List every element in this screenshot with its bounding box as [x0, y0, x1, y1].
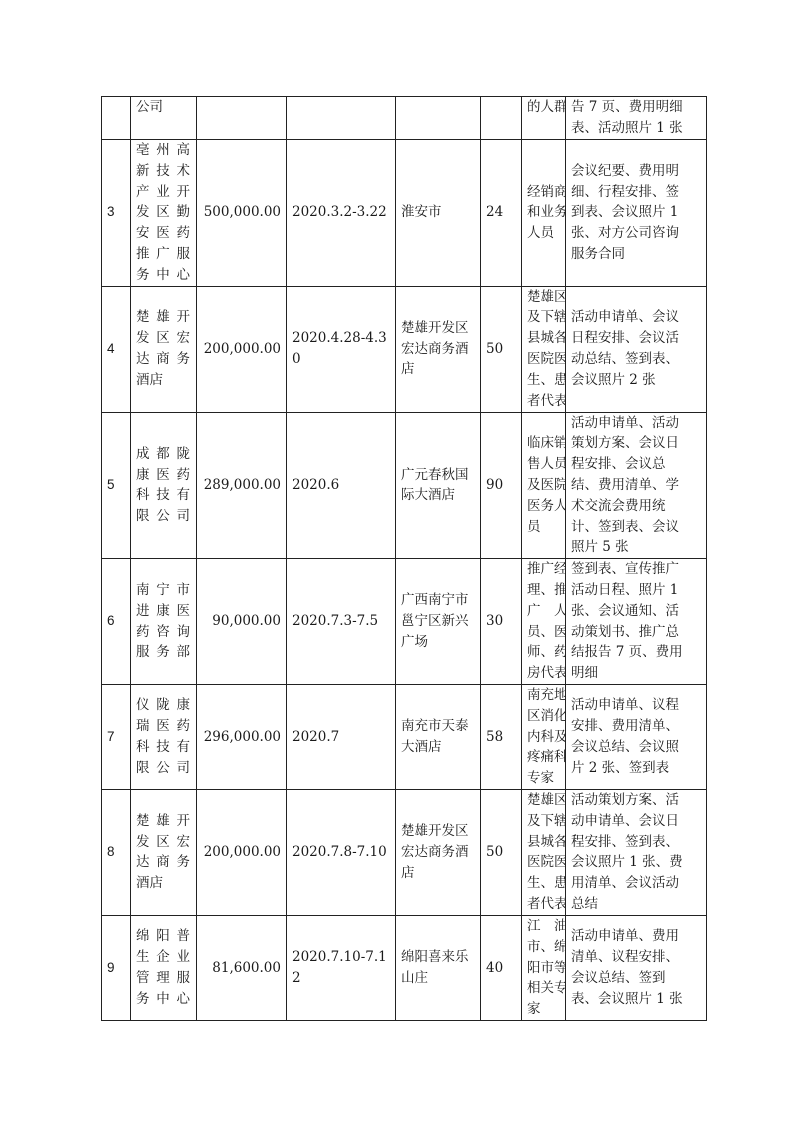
- amount-cell: 289,000.00: [197, 412, 287, 559]
- attendees-cell-line: 推广经: [527, 559, 560, 580]
- attendees-cell: 南充地区消化内科及疼痛科专家: [522, 684, 566, 789]
- materials-cell-line: 表、活动照片 1 张: [571, 118, 701, 139]
- materials-cell: 活动申请单、活动策划方案、会议日程安排、会议总结、费用清单、学术交流会费用统计、…: [566, 412, 707, 559]
- attendees-cell-line: 医务人: [527, 496, 560, 517]
- company-cell-line: 发区勤: [136, 202, 190, 223]
- date-cell: 2020.7.10-7.12: [287, 915, 396, 1020]
- materials-cell-line: 术交流会费用统: [571, 496, 701, 517]
- attendees-cell-line: 市、绵: [527, 937, 560, 958]
- company-cell: 仪陇康瑞医药科技有限公司: [131, 684, 197, 789]
- location-cell: 楚雄开发区宏达商务酒店: [396, 789, 481, 915]
- company-cell: 公司: [131, 97, 197, 140]
- company-cell-line: 达商务: [136, 852, 190, 873]
- location-cell-line: 楚雄开发区: [401, 821, 475, 842]
- table-row: 8楚雄开发区宏达商务酒店200,000.002020.7.8-7.10楚雄开发区…: [102, 789, 707, 915]
- attendees-cell: 江 油市、绵阳市等相关专家: [522, 915, 566, 1020]
- row-index: 3: [102, 140, 131, 287]
- attendees-cell-line: 生、患: [527, 873, 560, 894]
- amount-cell: 200,000.00: [197, 789, 287, 915]
- date-cell: 2020.7.3-7.5: [287, 559, 396, 685]
- expense-table: 公司的人群告 7 页、费用明细表、活动照片 1 张3亳州高新技术产业开发区勤安医…: [101, 96, 707, 1021]
- count-cell: 24: [481, 140, 522, 287]
- row-index: 4: [102, 286, 131, 412]
- attendees-cell-line: 疼痛科: [527, 747, 560, 768]
- attendees-cell-line: 县城各: [527, 328, 560, 349]
- materials-cell-line: 动策划书、推广总: [571, 622, 701, 643]
- table-row: 9绵阳普生企业管理服务中心81,600.002020.7.10-7.12绵阳喜来…: [102, 915, 707, 1020]
- company-cell-line: 仪陇康: [136, 695, 190, 716]
- amount-cell: [197, 97, 287, 140]
- location-cell-line: 宏达商务酒: [401, 339, 475, 360]
- count-cell: [481, 97, 522, 140]
- company-cell: 成都陇康医药科技有限公司: [131, 412, 197, 559]
- company-cell-line: 进康医: [136, 601, 190, 622]
- materials-cell-line: 会议照片 1 张、费: [571, 852, 701, 873]
- attendees-cell-line: 理、推: [527, 580, 560, 601]
- company-cell-line: 安医药: [136, 223, 190, 244]
- materials-cell-line: 活动申请单、会议: [571, 307, 701, 328]
- company-cell: 楚雄开发区宏达商务酒店: [131, 286, 197, 412]
- location-cell-line: 广西南宁市: [401, 590, 475, 611]
- company-cell-line: 推广服: [136, 244, 190, 265]
- location-cell-line: 宏达商务酒: [401, 842, 475, 863]
- materials-cell: 签到表、宣传推广活动日程、照片 1张、会议通知、活动策划书、推广总结报告 7 页…: [566, 559, 707, 685]
- materials-cell-line: 服务合同: [571, 244, 701, 265]
- company-cell-line: 产业开: [136, 182, 190, 203]
- materials-cell-line: 签到表、宣传推广: [571, 559, 701, 580]
- materials-cell-line: 计、签到表、会议: [571, 517, 701, 538]
- attendees-cell-line: 广 人: [527, 601, 560, 622]
- materials-cell: 活动策划方案、活动申请单、会议日程安排、签到表、会议照片 1 张、费用清单、会议…: [566, 789, 707, 915]
- company-cell-line: 成都陇: [136, 444, 190, 465]
- attendees-cell-line: 江 油: [527, 916, 560, 937]
- date-cell-line: 2020.3.2-3.22: [292, 202, 390, 223]
- date-cell-line: 2: [292, 968, 390, 989]
- attendees-cell-line: 县城各: [527, 832, 560, 853]
- attendees-cell-line: 的人群: [527, 97, 560, 118]
- count-cell: 50: [481, 286, 522, 412]
- location-cell-line: 广场: [401, 632, 475, 653]
- count-cell: 50: [481, 789, 522, 915]
- materials-cell-line: 日程安排、会议活: [571, 328, 701, 349]
- attendees-cell-line: 阳市等: [527, 958, 560, 979]
- materials-cell-line: 安排、费用清单、: [571, 716, 701, 737]
- attendees-cell-line: 区消化: [527, 706, 560, 727]
- materials-cell: 会议纪要、费用明细、行程安排、签到表、会议照片 1张、对方公司咨询服务合同: [566, 140, 707, 287]
- materials-cell-line: 活动日程、照片 1: [571, 580, 701, 601]
- materials-cell-line: 动申请单、会议日: [571, 811, 701, 832]
- location-cell-line: 际大酒店: [401, 485, 475, 506]
- materials-cell-line: 活动策划方案、活: [571, 790, 701, 811]
- attendees-cell-line: 员: [527, 517, 560, 538]
- date-cell: 2020.3.2-3.22: [287, 140, 396, 287]
- materials-cell: 活动申请单、会议日程安排、会议活动总结、签到表、会议照片 2 张: [566, 286, 707, 412]
- company-cell-line: 达商务: [136, 349, 190, 370]
- company-cell-line: 管理服: [136, 968, 190, 989]
- attendees-cell-line: 及下辖: [527, 811, 560, 832]
- company-cell-line: 酒店: [136, 873, 190, 894]
- attendees-cell-line: 楚雄区: [527, 287, 560, 308]
- materials-cell-line: 张、会议通知、活: [571, 601, 701, 622]
- amount-cell: 200,000.00: [197, 286, 287, 412]
- location-cell-line: 广元春秋国: [401, 465, 475, 486]
- company-cell-line: 发区宏: [136, 832, 190, 853]
- amount-cell: 81,600.00: [197, 915, 287, 1020]
- location-cell-line: 绵阳喜来乐: [401, 947, 475, 968]
- materials-cell-line: 片 2 张、签到表: [571, 758, 701, 779]
- materials-cell-line: 程安排、会议总: [571, 454, 701, 475]
- company-cell-line: 务中心: [136, 265, 190, 286]
- attendees-cell-line: 生、患: [527, 370, 560, 391]
- location-cell: 楚雄开发区宏达商务酒店: [396, 286, 481, 412]
- company-cell-line: 服务部: [136, 642, 190, 663]
- materials-cell-line: 会议总结、签到: [571, 968, 701, 989]
- attendees-cell-line: 医院医: [527, 349, 560, 370]
- date-cell-line: 2020.4.28-4.3: [292, 328, 390, 349]
- materials-cell-line: 活动申请单、活动: [571, 413, 701, 434]
- date-cell: 2020.4.28-4.30: [287, 286, 396, 412]
- attendees-cell-line: 房代表: [527, 663, 560, 684]
- company-cell: 南宁市进康医药咨询服务部: [131, 559, 197, 685]
- count-cell: 30: [481, 559, 522, 685]
- date-cell-line: 2020.6: [292, 475, 390, 496]
- attendees-cell-line: 者代表: [527, 894, 560, 915]
- company-cell-line: 生企业: [136, 947, 190, 968]
- location-cell: 广元春秋国际大酒店: [396, 412, 481, 559]
- materials-cell-line: 策划方案、会议日: [571, 433, 701, 454]
- company-cell-line: 发区宏: [136, 328, 190, 349]
- table-row: 5成都陇康医药科技有限公司289,000.002020.6广元春秋国际大酒店90…: [102, 412, 707, 559]
- date-cell-line: 2020.7.10-7.1: [292, 947, 390, 968]
- materials-cell-line: 动总结、签到表、: [571, 349, 701, 370]
- attendees-cell-line: 者代表: [527, 391, 560, 412]
- row-index: [102, 97, 131, 140]
- row-index: 6: [102, 559, 131, 685]
- location-cell: 广西南宁市邕宁区新兴广场: [396, 559, 481, 685]
- attendees-cell: 临床销售人员及医院医务人员: [522, 412, 566, 559]
- table-row: 7仪陇康瑞医药科技有限公司296,000.002020.7南充市天泰大酒店58南…: [102, 684, 707, 789]
- materials-cell: 活动申请单、议程安排、费用清单、会议总结、会议照片 2 张、签到表: [566, 684, 707, 789]
- materials-cell-line: 张、对方公司咨询: [571, 223, 701, 244]
- materials-cell-line: 用清单、会议活动: [571, 873, 701, 894]
- attendees-cell-line: 和业务: [527, 202, 560, 223]
- attendees-cell-line: 师、药: [527, 642, 560, 663]
- location-cell-line: 山庄: [401, 968, 475, 989]
- attendees-cell: 推广经理、推广 人员、医师、药房代表: [522, 559, 566, 685]
- materials-cell: 告 7 页、费用明细表、活动照片 1 张: [566, 97, 707, 140]
- company-cell-line: 科技有: [136, 485, 190, 506]
- attendees-cell: 经销商和业务人员: [522, 140, 566, 287]
- company-cell-line: 楚雄开: [136, 811, 190, 832]
- date-cell-line: 2020.7.8-7.10: [292, 842, 390, 863]
- materials-cell-line: 程安排、签到表、: [571, 832, 701, 853]
- location-cell-line: 楚雄开发区: [401, 318, 475, 339]
- attendees-cell-line: 员、医: [527, 622, 560, 643]
- date-cell-line: 2020.7.3-7.5: [292, 611, 390, 632]
- attendees-cell-line: 及医院: [527, 475, 560, 496]
- company-cell: 楚雄开发区宏达商务酒店: [131, 789, 197, 915]
- company-cell: 亳州高新技术产业开发区勤安医药推广服务中心: [131, 140, 197, 287]
- company-cell-line: 限公司: [136, 506, 190, 527]
- row-index: 8: [102, 789, 131, 915]
- location-cell-line: 邕宁区新兴: [401, 611, 475, 632]
- materials-cell-line: 结、费用清单、学: [571, 475, 701, 496]
- amount-cell: 296,000.00: [197, 684, 287, 789]
- attendees-cell-line: 临床销: [527, 433, 560, 454]
- company-cell-line: 务中心: [136, 989, 190, 1010]
- row-index: 5: [102, 412, 131, 559]
- location-cell: 淮安市: [396, 140, 481, 287]
- company-cell-line: 药咨询: [136, 622, 190, 643]
- table-row: 公司的人群告 7 页、费用明细表、活动照片 1 张: [102, 97, 707, 140]
- location-cell-line: 南充市天泰: [401, 716, 475, 737]
- date-cell: 2020.7.8-7.10: [287, 789, 396, 915]
- company-cell-line: 瑞医药: [136, 716, 190, 737]
- company-cell-line: 康医药: [136, 465, 190, 486]
- location-cell-line: 店: [401, 359, 475, 380]
- location-cell-line: 淮安市: [401, 202, 475, 223]
- table-row: 6南宁市进康医药咨询服务部90,000.002020.7.3-7.5广西南宁市邕…: [102, 559, 707, 685]
- attendees-cell-line: 经销商: [527, 182, 560, 203]
- materials-cell-line: 活动申请单、议程: [571, 695, 701, 716]
- company-cell-line: 新技术: [136, 161, 190, 182]
- materials-cell-line: 会议总结、会议照: [571, 737, 701, 758]
- amount-cell: 500,000.00: [197, 140, 287, 287]
- materials-cell-line: 明细: [571, 663, 701, 684]
- row-index: 9: [102, 915, 131, 1020]
- company-cell-line: 科技有: [136, 737, 190, 758]
- materials-cell-line: 活动申请单、费用: [571, 926, 701, 947]
- location-cell: 南充市天泰大酒店: [396, 684, 481, 789]
- count-cell: 90: [481, 412, 522, 559]
- company-cell: 绵阳普生企业管理服务中心: [131, 915, 197, 1020]
- location-cell: [396, 97, 481, 140]
- attendees-cell-line: 医院医: [527, 852, 560, 873]
- table-row: 4楚雄开发区宏达商务酒店200,000.002020.4.28-4.30楚雄开发…: [102, 286, 707, 412]
- date-cell: [287, 97, 396, 140]
- company-cell-line: 公司: [136, 97, 190, 118]
- attendees-cell-line: 售人员: [527, 454, 560, 475]
- attendees-cell-line: 楚雄区: [527, 790, 560, 811]
- attendees-cell-line: 及下辖: [527, 307, 560, 328]
- date-cell: 2020.6: [287, 412, 396, 559]
- count-cell: 40: [481, 915, 522, 1020]
- materials-cell-line: 表、会议照片 1 张: [571, 989, 701, 1010]
- location-cell-line: 店: [401, 863, 475, 884]
- row-index: 7: [102, 684, 131, 789]
- company-cell-line: 南宁市: [136, 580, 190, 601]
- attendees-cell: 的人群: [522, 97, 566, 140]
- materials-cell-line: 会议照片 2 张: [571, 370, 701, 391]
- materials-cell: 活动申请单、费用清单、议程安排、会议总结、签到表、会议照片 1 张: [566, 915, 707, 1020]
- attendees-cell-line: 内科及: [527, 727, 560, 748]
- attendees-cell-line: 人员: [527, 223, 560, 244]
- materials-cell-line: 告 7 页、费用明细: [571, 97, 701, 118]
- count-cell: 58: [481, 684, 522, 789]
- date-cell-line: 0: [292, 349, 390, 370]
- date-cell-line: 2020.7: [292, 727, 390, 748]
- company-cell-line: 绵阳普: [136, 926, 190, 947]
- company-cell-line: 酒店: [136, 370, 190, 391]
- table-row: 3亳州高新技术产业开发区勤安医药推广服务中心500,000.002020.3.2…: [102, 140, 707, 287]
- location-cell-line: 大酒店: [401, 737, 475, 758]
- location-cell: 绵阳喜来乐山庄: [396, 915, 481, 1020]
- attendees-cell-line: 相关专: [527, 978, 560, 999]
- attendees-cell: 楚雄区及下辖县城各医院医生、患者代表: [522, 789, 566, 915]
- company-cell-line: 楚雄开: [136, 307, 190, 328]
- attendees-cell: 楚雄区及下辖县城各医院医生、患者代表: [522, 286, 566, 412]
- company-cell-line: 限公司: [136, 758, 190, 779]
- materials-cell-line: 总结: [571, 894, 701, 915]
- attendees-cell-line: 南充地: [527, 685, 560, 706]
- materials-cell-line: 结报告 7 页、费用: [571, 642, 701, 663]
- materials-cell-line: 会议纪要、费用明: [571, 161, 701, 182]
- date-cell: 2020.7: [287, 684, 396, 789]
- materials-cell-line: 到表、会议照片 1: [571, 202, 701, 223]
- attendees-cell-line: 家: [527, 999, 560, 1020]
- materials-cell-line: 照片 5 张: [571, 537, 701, 558]
- materials-cell-line: 细、行程安排、签: [571, 182, 701, 203]
- attendees-cell-line: 专家: [527, 768, 560, 789]
- amount-cell: 90,000.00: [197, 559, 287, 685]
- materials-cell-line: 清单、议程安排、: [571, 947, 701, 968]
- company-cell-line: 亳州高: [136, 140, 190, 161]
